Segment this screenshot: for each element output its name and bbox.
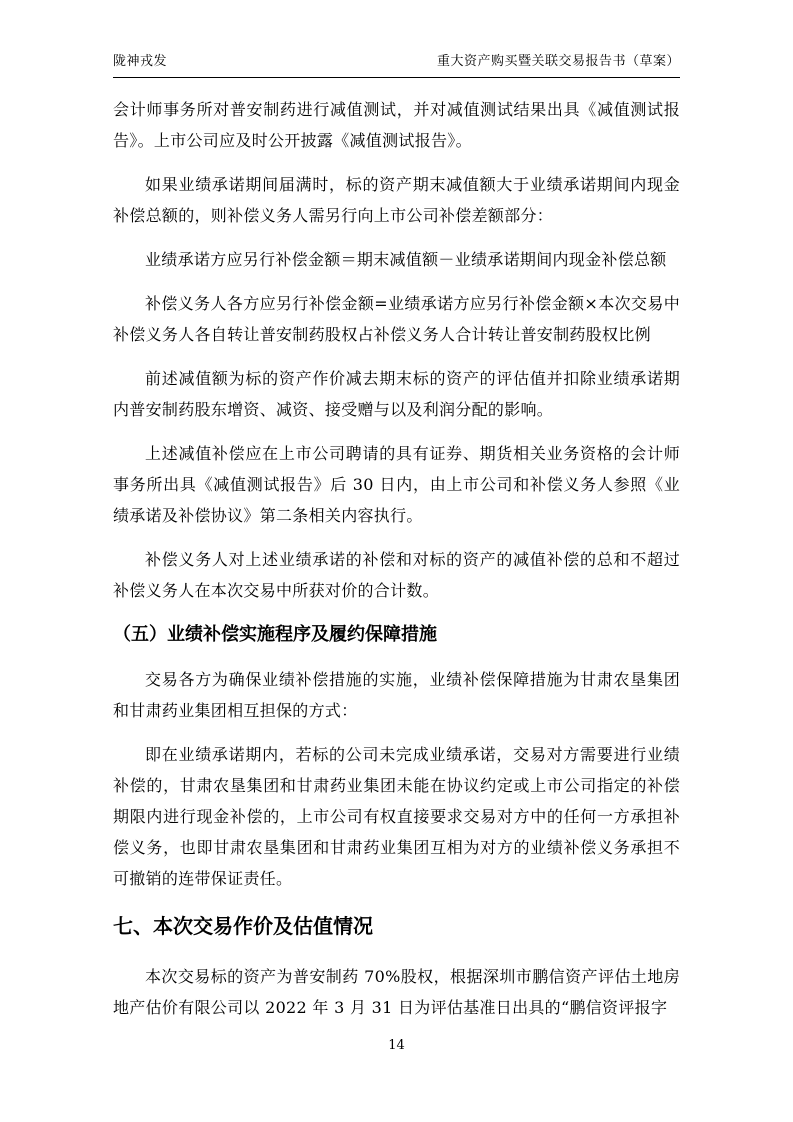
paragraph-impairment-definition: 前述减值额为标的资产作价减去期末标的资产的评估值并扣除业绩承诺期内普安制药股东增… (113, 363, 680, 425)
paragraph-impairment-execution: 上述减值补偿应在上市公司聘请的具有证券、期货相关业务资格的会计师事务所出具《减值… (113, 438, 680, 531)
page-footer: 14 (0, 1038, 793, 1053)
paragraph-guarantee-intro: 交易各方为确保业绩补偿措施的实施，业绩补偿保障措施为甘肃农垦集团和甘肃药业集团相… (113, 664, 680, 726)
header-left-title: 陇神戎发 (113, 50, 167, 69)
page-header: 陇神戎发 重大资产购买暨关联交易报告书（草案） (113, 50, 680, 78)
paragraph-impairment-test: 会计师事务所对普安制药进行减值测试，并对减值测试结果出具《减值测试报告》。上市公… (113, 94, 680, 156)
paragraph-impairment-condition: 如果业绩承诺期间届满时，标的资产期末减值额大于业绩承诺期间内现金补偿总额的，则补… (113, 169, 680, 231)
paragraph-mutual-guarantee: 即在业绩承诺期内，若标的公司未完成业绩承诺，交易对方需要进行业绩补偿的，甘肃农垦… (113, 739, 680, 894)
section-heading-5: （五）业绩补偿实施程序及履约保障措施 (113, 619, 680, 650)
page-number: 14 (388, 1038, 405, 1053)
paragraph-valuation-intro: 本次交易标的资产为普安制药 70%股权，根据深圳市鹏信资产评估土地房地产估价有限… (113, 961, 680, 1023)
document-body: 会计师事务所对普安制药进行减值测试，并对减值测试结果出具《减值测试报告》。上市公… (113, 78, 680, 1023)
paragraph-compensation-cap: 补偿义务人对上述业绩承诺的补偿和对标的资产的减值补偿的总和不超过补偿义务人在本次… (113, 544, 680, 606)
formula-additional-compensation: 业绩承诺方应另行补偿金额＝期末减值额－业绩承诺期间内现金补偿总额 (113, 244, 680, 275)
formula-obligor-share: 补偿义务人各方应另行补偿金额=业绩承诺方应另行补偿金额×本次交易中补偿义务人各自… (113, 288, 680, 350)
header-right-title: 重大资产购买暨关联交易报告书（草案） (437, 50, 680, 69)
document-page: 陇神戎发 重大资产购买暨关联交易报告书（草案） 会计师事务所对普安制药进行减值测… (0, 0, 793, 1122)
chapter-heading-7: 七、本次交易作价及估值情况 (113, 910, 680, 943)
